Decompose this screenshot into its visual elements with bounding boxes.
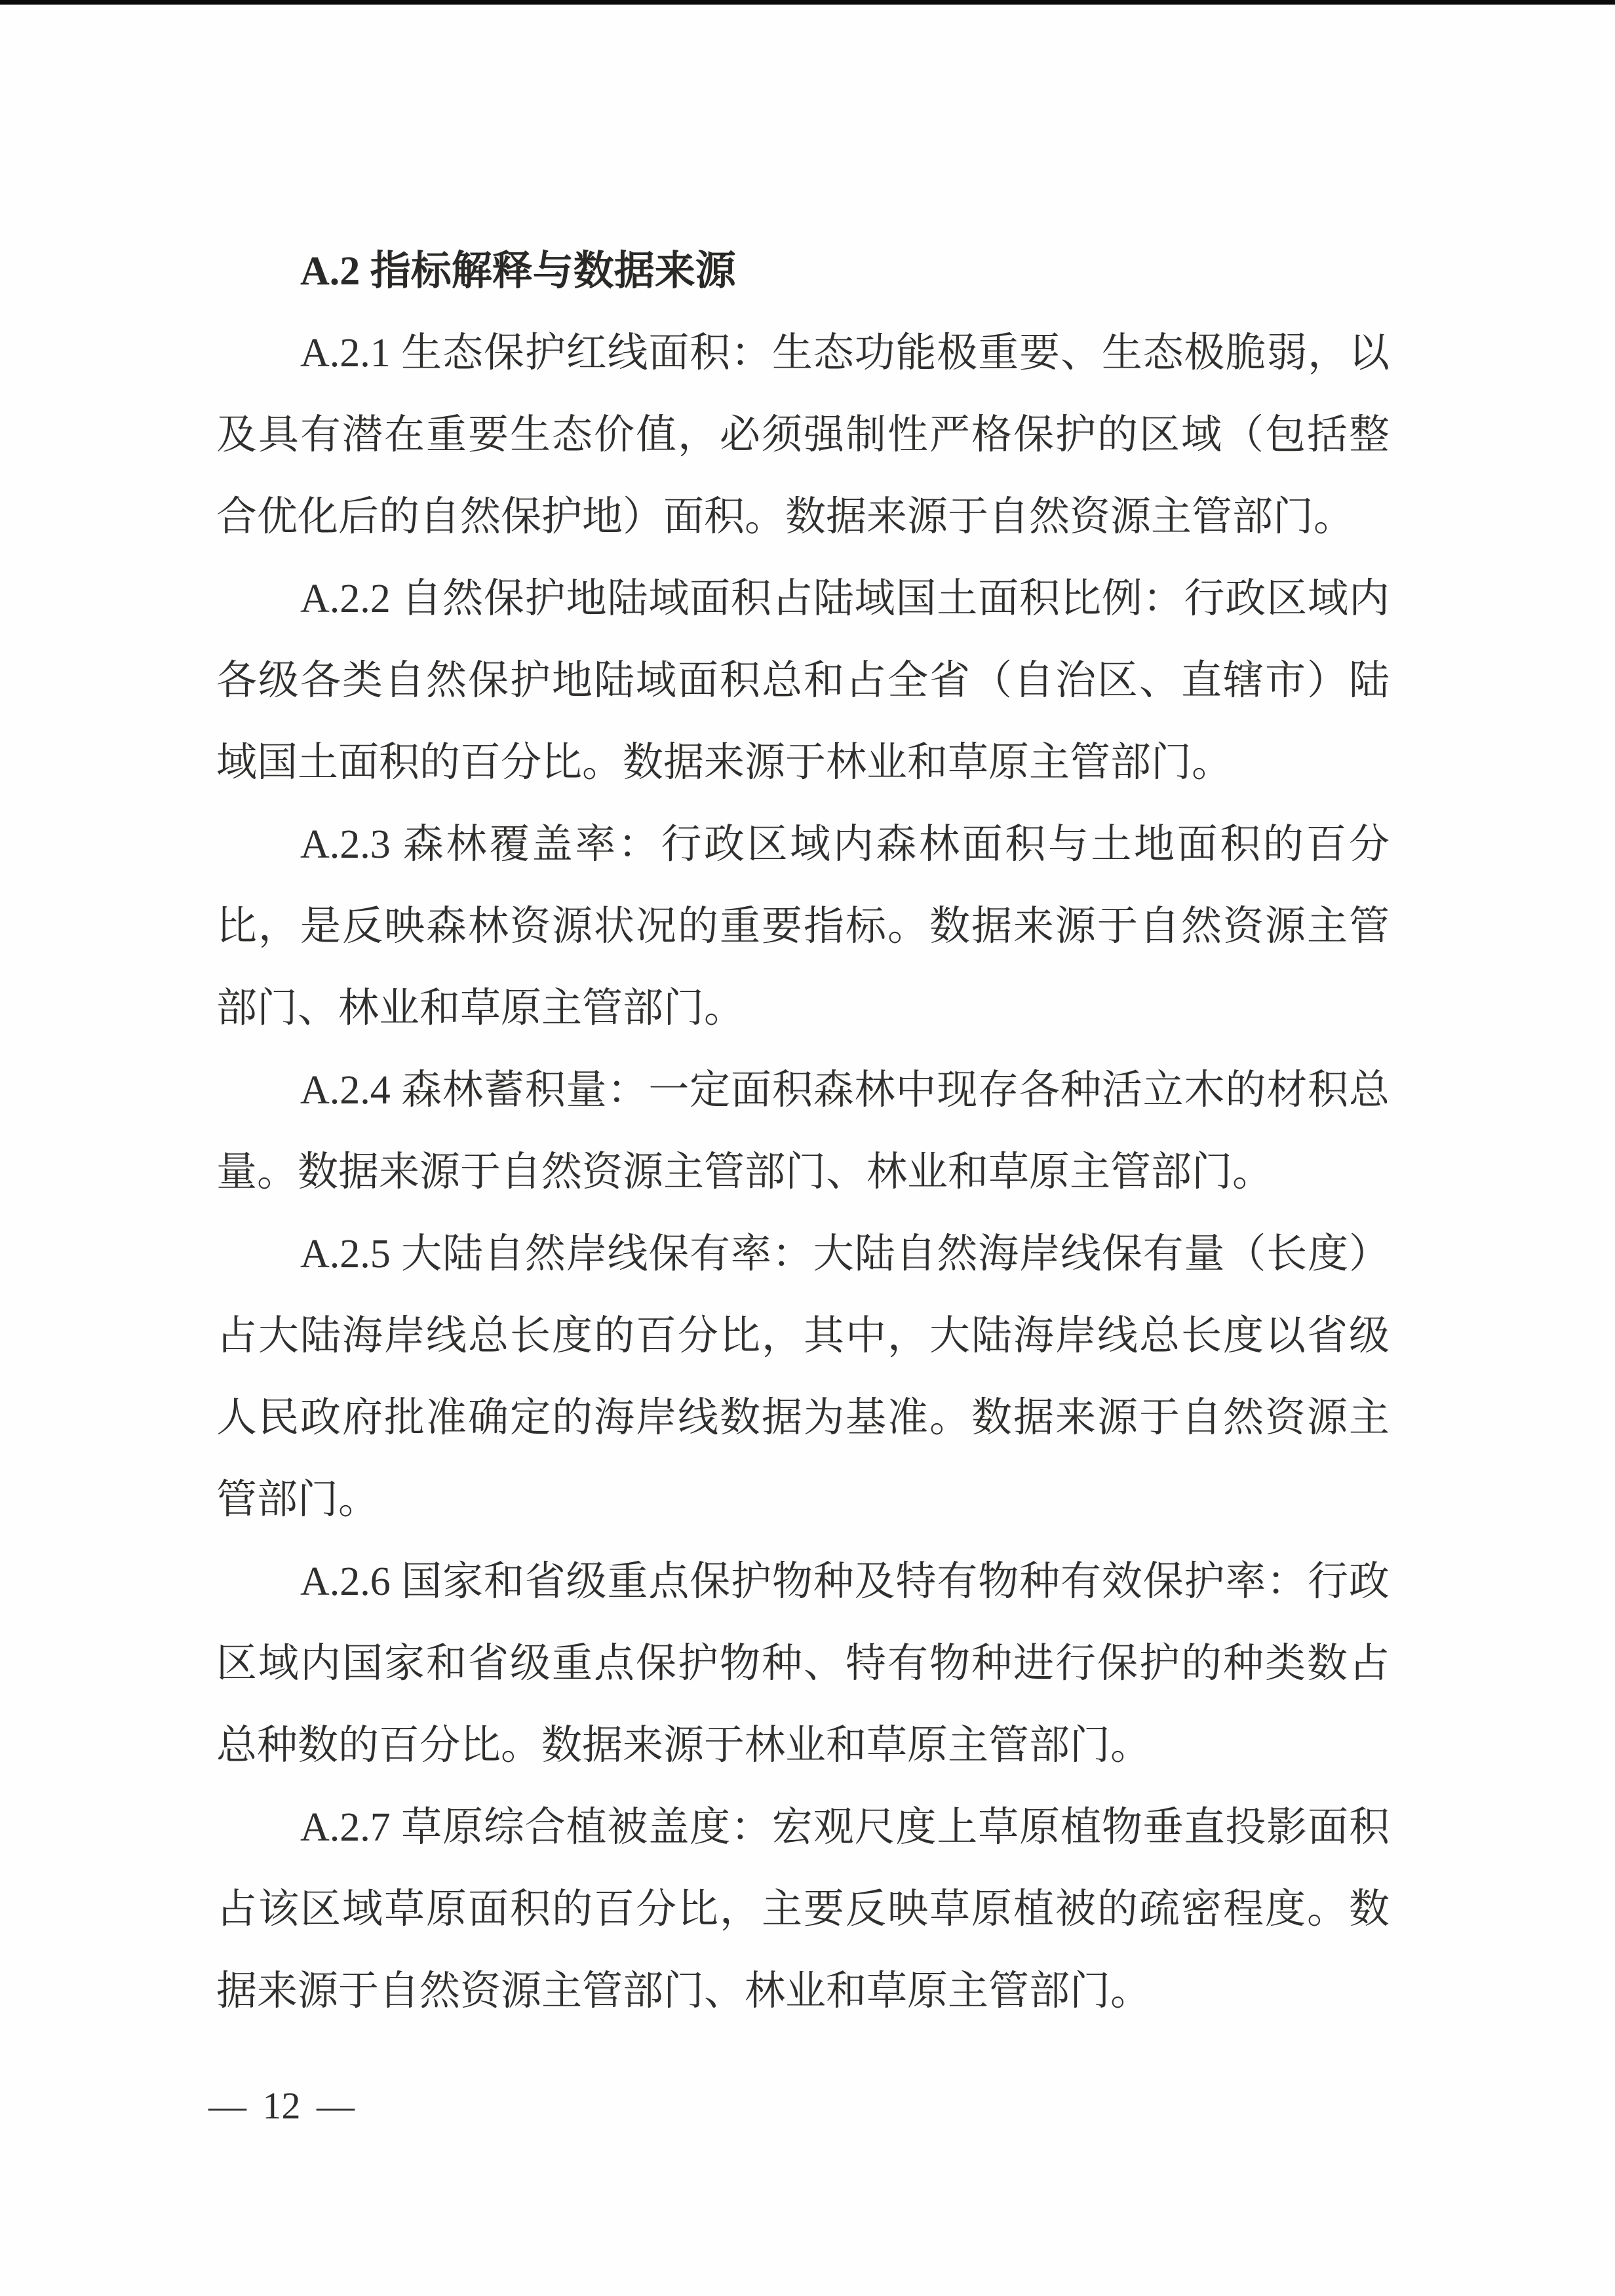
document-page: A.2 指标解释与数据来源A.2.1 生态保护红线面积：生态功能极重要、生态极脆… <box>0 0 1615 2296</box>
text-line: 各级各类自然保护地陆域面积总和占全省（自治区、直辖市）陆 <box>216 640 1390 722</box>
text-line: 占大陆海岸线总长度的百分比，其中，大陆海岸线总长度以省级 <box>216 1295 1390 1377</box>
text-line: A.2.7 草原综合植被盖度：宏观尺度上草原植物垂直投影面积 <box>216 1787 1390 1869</box>
text-line: A.2.4 森林蓄积量：一定面积森林中现存各种活立木的材积总 <box>216 1050 1390 1132</box>
page-number: — 12 — <box>208 2082 355 2130</box>
text-line: 部门、林业和草原主管部门。 <box>216 968 1390 1050</box>
text-line: 据来源于自然资源主管部门、林业和草原主管部门。 <box>216 1951 1390 2033</box>
text-line: 合优化后的自然保护地）面积。数据来源于自然资源主管部门。 <box>216 476 1390 558</box>
text-line: 域国土面积的百分比。数据来源于林业和草原主管部门。 <box>216 722 1390 804</box>
text-line: 占该区域草原面积的百分比，主要反映草原植被的疏密程度。数 <box>216 1869 1390 1951</box>
text-line: 管部门。 <box>216 1459 1390 1541</box>
text-line: A.2.3 森林覆盖率：行政区域内森林面积与土地面积的百分 <box>216 804 1390 886</box>
text-line: A.2.5 大陆自然岸线保有率：大陆自然海岸线保有量（长度） <box>216 1214 1390 1295</box>
text-line: 及具有潜在重要生态价值，必须强制性严格保护的区域（包括整 <box>216 394 1390 476</box>
section-heading: A.2 指标解释与数据来源 <box>216 231 1390 313</box>
text-line: A.2.1 生态保护红线面积：生态功能极重要、生态极脆弱，以 <box>216 313 1390 394</box>
text-line: 人民政府批准确定的海岸线数据为基准。数据来源于自然资源主 <box>216 1377 1390 1459</box>
text-line: 量。数据来源于自然资源主管部门、林业和草原主管部门。 <box>216 1132 1390 1214</box>
text-line: A.2.2 自然保护地陆域面积占陆域国土面积比例：行政区域内 <box>216 558 1390 640</box>
text-line: A.2.6 国家和省级重点保护物种及特有物种有效保护率：行政 <box>216 1541 1390 1623</box>
text-line: 比，是反映森林资源状况的重要指标。数据来源于自然资源主管 <box>216 886 1390 968</box>
page-content: A.2 指标解释与数据来源A.2.1 生态保护红线面积：生态功能极重要、生态极脆… <box>216 231 1390 2033</box>
scan-edge-artifact <box>0 0 1615 5</box>
text-line: 区域内国家和省级重点保护物种、特有物种进行保护的种类数占 <box>216 1623 1390 1705</box>
text-line: 总种数的百分比。数据来源于林业和草原主管部门。 <box>216 1705 1390 1787</box>
